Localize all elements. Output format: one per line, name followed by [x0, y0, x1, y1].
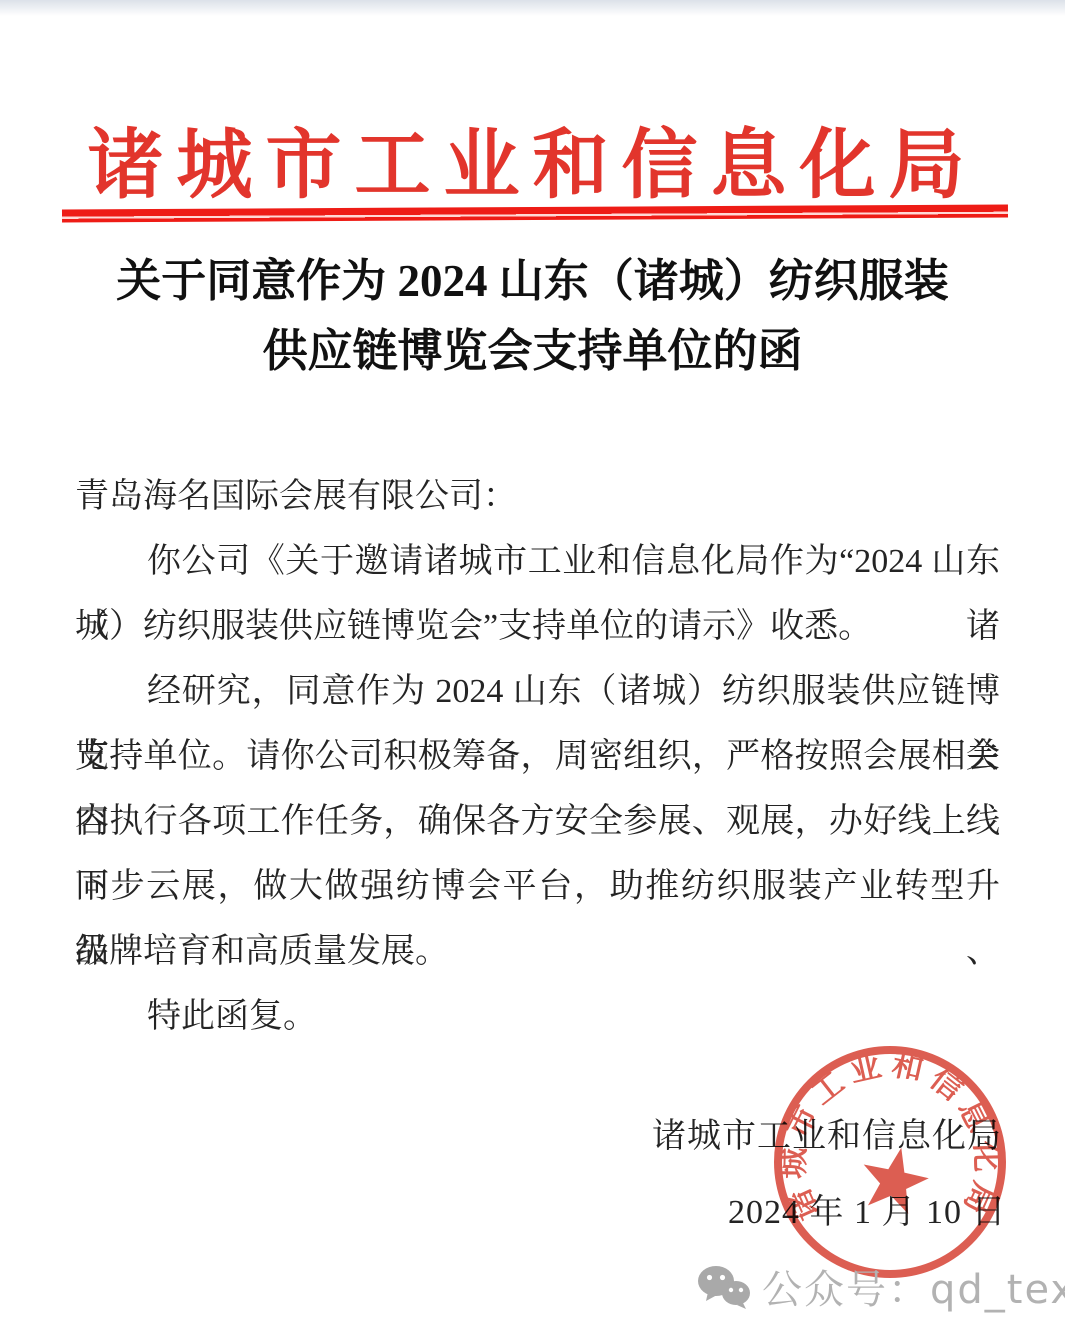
- document-title: 关于同意作为 2024 山东（诸城）纺织服装 供应链博览会支持单位的函: [0, 246, 1065, 386]
- document-page: 诸城市工业和信息化局 关于同意作为 2024 山东（诸城）纺织服装 供应链博览会…: [0, 0, 1065, 1329]
- body-line: 同步云展，做大做强纺博会平台，助推纺织服装产业转型升级、: [75, 854, 1000, 919]
- recipient-line: 青岛海名国际会展有限公司：: [75, 464, 1000, 529]
- watermark-label: 公众号：qd_tex532: [762, 1258, 1065, 1315]
- watermark: 公众号：qd_tex532: [696, 1258, 1065, 1315]
- body-line: 城）纺织服装供应链博览会”支持单位的请示》收悉。: [75, 594, 1000, 659]
- wechat-icon: [696, 1264, 752, 1310]
- document-title-line-1: 关于同意作为 2024 山东（诸城）纺织服装: [0, 246, 1065, 316]
- body-line: 支持单位。请你公司积极筹备，周密组织，严格按照会展相关内: [75, 724, 1000, 789]
- body-line: 经研究，同意作为 2024 山东（诸城）纺织服装供应链博览会: [75, 659, 1000, 724]
- scan-artifact-top: [0, 0, 1065, 16]
- body-line: 你公司《关于邀请诸城市工业和信息化局作为“2024 山东（诸: [75, 529, 1000, 594]
- letter-body: 青岛海名国际会展有限公司： 你公司《关于邀请诸城市工业和信息化局作为“2024 …: [75, 464, 1000, 1049]
- svg-text:诸城市工业和信息化局: 诸城市工业和信息化局: [776, 1047, 1005, 1226]
- letterhead-title: 诸城市工业和信息化局: [0, 104, 1065, 213]
- seal-text: 诸城市工业和信息化局: [776, 1047, 1005, 1226]
- seal-star-icon: [864, 1148, 929, 1214]
- document-title-line-2: 供应链博览会支持单位的函: [0, 316, 1065, 386]
- body-line: 容执行各项工作任务，确保各方安全参展、观展，办好线上线下: [75, 789, 1000, 854]
